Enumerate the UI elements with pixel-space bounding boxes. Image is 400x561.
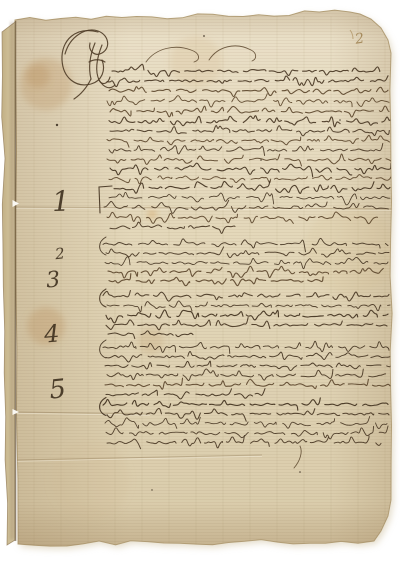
margin-number-2: 2 — [53, 244, 65, 263]
stain — [305, 205, 395, 295]
margin-number-1: 1 — [51, 184, 70, 218]
margin-number-4: 4 — [42, 320, 60, 349]
top-shading — [15, 8, 393, 38]
ink-speck — [339, 119, 341, 121]
manuscript-scan-stage: 1 2 3 4 5 2 — [0, 0, 400, 561]
ink-speck — [151, 489, 152, 490]
stain — [138, 328, 164, 354]
strip-fold-shading — [10, 22, 15, 540]
ink-speck — [260, 159, 262, 161]
stain — [148, 210, 156, 218]
underlying-leaf-edge — [2, 22, 16, 545]
margin-number-5: 5 — [48, 374, 68, 406]
ink-speck — [299, 471, 301, 473]
margin-number-3: 3 — [45, 267, 61, 293]
ink-speck — [56, 124, 58, 126]
manuscript-page-photo: 1 2 3 4 5 2 — [0, 0, 400, 561]
ink-speck — [203, 35, 205, 37]
stain — [26, 64, 50, 88]
stain — [50, 440, 130, 520]
